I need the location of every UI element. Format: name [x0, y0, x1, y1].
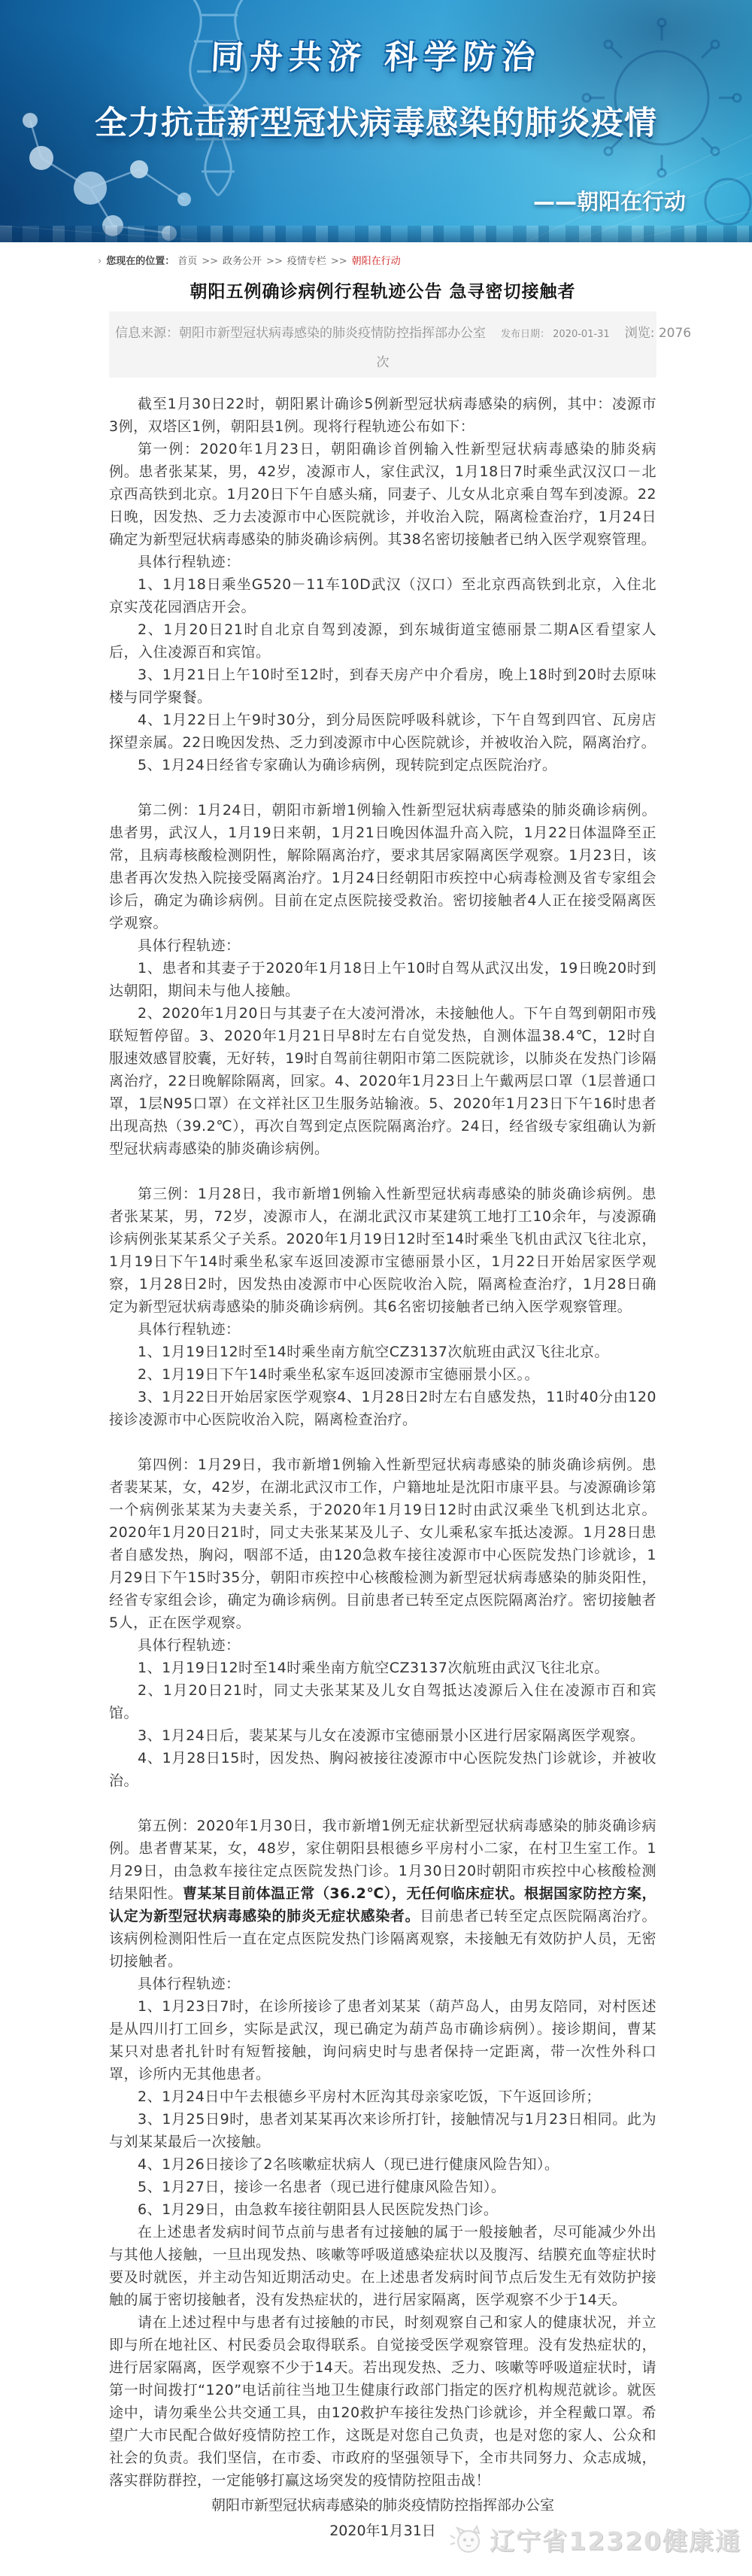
article-paragraph: 请在上述过程中与患者有过接触的市民，时刻观察自己和家人的健康状况，并立即与所在地… — [109, 2311, 656, 2492]
article-paragraph: 1、1月19日12时至14时乘坐南方航空CZ3137次航班由武汉飞往北京。 — [109, 1657, 656, 1679]
article-paragraph: 第二例：1月24日，朝阳市新增1例输入性新型冠状病毒感染的肺炎确诊病例。患者男，… — [109, 799, 656, 934]
article-paragraph: 第一例：2020年1月23日，朝阳确诊首例输入性新型冠状病毒感染的肺炎病例。患者… — [109, 438, 656, 551]
page: 同舟共济 科学防治 全力抗击新型冠状病毒感染的肺炎疫情 ——朝阳在行动 ›您现在… — [0, 0, 752, 2576]
meta-view-unit: 次 — [115, 351, 650, 370]
article-paragraph: 6、1月29日，由急救车接往朝阳县人民医院发热门诊。 — [109, 2198, 656, 2221]
meta-publish-date: 发布日期： 2020-01-31 — [501, 326, 610, 340]
breadcrumb-separator: >> — [202, 256, 218, 267]
campaign-banner: 同舟共济 科学防治 全力抗击新型冠状病毒感染的肺炎疫情 ——朝阳在行动 — [0, 0, 752, 242]
article-body: 截至1月30日22时，朝阳累计确诊5例新型冠状病毒感染的病例，其中：凌源市3例，… — [109, 393, 656, 2492]
article-paragraph: 4、1月28日15时，因发热、胸闷被接往凌源市中心医院发热门诊就诊，并被收治。 — [109, 1747, 656, 1792]
article-paragraph: 第五例：2020年1月30日，我市新增1例无症状新型冠状病毒感染的肺炎确诊病例。… — [109, 1815, 656, 1973]
watermark: 辽宁省12320健康通 — [449, 2522, 741, 2557]
page-title: 朝阳五例确诊病例行程轨迹公告 急寻密切接触者 — [109, 278, 656, 302]
article-paragraph: 3、1月22日开始居家医学观察4、1月28日2时左右自感发热，11时40分由12… — [109, 1386, 656, 1431]
article-paragraph: 2、2020年1月20日与其妻子在大凌河滑冰，未接触他人。下午自驾到朝阳市残联短… — [109, 1002, 656, 1160]
signature-office: 朝阳市新型冠状病毒感染的肺炎疫情防控指挥部办公室 — [109, 2493, 656, 2517]
banner-skyline-strip — [0, 226, 752, 242]
banner-byline: ——朝阳在行动 — [533, 185, 686, 216]
article-paragraph: 具体行程轨迹： — [109, 934, 656, 957]
article-paragraph: 具体行程轨迹： — [109, 1318, 656, 1341]
meta-view-count: 浏览: 2076 — [625, 322, 691, 341]
article-paragraph: 5、1月24日经省专家确认为确诊病例，现转院到定点医院治疗。 — [109, 754, 656, 776]
article-paragraph: 4、1月26日接诊了2名咳嗽症状病人（现已进行健康风险告知）。 — [109, 2153, 656, 2176]
breadcrumb-arrow-icon: › — [98, 256, 102, 267]
article-paragraph: 3、1月25日9时，患者刘某某再次来诊所打针，接触情况与1月23日相同。此为与刘… — [109, 2108, 656, 2153]
article-paragraph: 第四例：1月29日，我市新增1例输入性新型冠状病毒感染的肺炎确诊病例。患者裴某某… — [109, 1454, 656, 1634]
article-paragraph: 3、1月21日上午10时至12时，到春天房产中介看房，晚上18时到20时去原味楼… — [109, 664, 656, 709]
breadcrumb-item-current[interactable]: 朝阳在行动 — [352, 256, 401, 267]
breadcrumb-separator: >> — [331, 256, 347, 267]
meta-source: 信息来源：朝阳市新型冠状病毒感染的肺炎疫情防控指挥部办公室 — [115, 322, 486, 341]
breadcrumb-item-home[interactable]: 首页 — [177, 256, 197, 267]
breadcrumb-separator: >> — [266, 256, 283, 267]
breadcrumb: ›您现在的位置：首页>>政务公开>>疫情专栏>>朝阳在行动 — [98, 253, 752, 267]
article-paragraph: 2、1月24日中午去根德乡平房村木匠沟其母亲家吃饭，下午返回诊所； — [109, 2085, 656, 2108]
article-paragraph: 2、1月19日下午14时乘坐私家车返回凌源市宝德丽景小区。。 — [109, 1363, 656, 1386]
article-paragraph: 1、1月19日12时至14时乘坐南方航空CZ3137次航班由武汉飞往北京。 — [109, 1341, 656, 1363]
content-column: 朝阳五例确诊病例行程轨迹公告 急寻密切接触者 信息来源：朝阳市新型冠状病毒感染的… — [109, 278, 656, 2543]
article-meta-bar: 信息来源：朝阳市新型冠状病毒感染的肺炎疫情防控指挥部办公室 发布日期： 2020… — [109, 311, 656, 378]
breadcrumb-item-epidemic[interactable]: 疫情专栏 — [287, 256, 326, 267]
article-paragraph: 1、患者和其妻子于2020年1月18日上午10时自驾从武汉出发，19日晚20时到… — [109, 957, 656, 1002]
breadcrumb-label: 您现在的位置： — [106, 256, 174, 267]
article-paragraph: 2、1月20日21时，同丈夫张某某及儿女自驾抵达凌源后入住在凌源市百和宾馆。 — [109, 1679, 656, 1724]
mascot-icon — [449, 2525, 484, 2555]
article-paragraph: 具体行程轨迹： — [109, 1634, 656, 1657]
breadcrumb-item-govinfo[interactable]: 政务公开 — [223, 256, 262, 267]
watermark-text: 辽宁省12320健康通 — [490, 2522, 741, 2557]
article-paragraph: 4、1月22日上午9时30分，到分局医院呼吸科就诊，下午自驾到四官、瓦房店探望亲… — [109, 709, 656, 754]
article-paragraph: 1、1月18日乘坐G520－11车10D武汉（汉口）至北京西高铁到北京，入住北京… — [109, 573, 656, 618]
article-paragraph: 第三例：1月28日，我市新增1例输入性新型冠状病毒感染的肺炎确诊病例。患者张某某… — [109, 1183, 656, 1318]
article-paragraph: 5、1月27日，接诊一名患者（现已进行健康风险告知）。 — [109, 2176, 656, 2198]
article-paragraph: 具体行程轨迹： — [109, 551, 656, 573]
banner-headline: 全力抗击新型冠状病毒感染的肺炎疫情 — [0, 98, 752, 144]
article-paragraph: 2、1月20日21时自北京自驾到凌源，到东城街道宝德丽景二期A区看望家人后，入住… — [109, 618, 656, 664]
article-paragraph: 3、1月24日后，裴某某与儿女在凌源市宝德丽景小区进行居家隔离医学观察。 — [109, 1724, 656, 1747]
article-paragraph: 在上述患者发病时间节点前与患者有过接触的属于一般接触者，尽可能减少外出与其他人接… — [109, 2221, 656, 2311]
article-paragraph: 1、1月23日7时，在诊所接诊了患者刘某某（葫芦岛人，由男友陪同，对村医述是从四… — [109, 1995, 656, 2085]
article-paragraph: 具体行程轨迹： — [109, 1973, 656, 1995]
banner-slogan: 同舟共济 科学防治 — [0, 30, 752, 78]
article-paragraph: 截至1月30日22时，朝阳累计确诊5例新型冠状病毒感染的病例，其中：凌源市3例，… — [109, 393, 656, 438]
